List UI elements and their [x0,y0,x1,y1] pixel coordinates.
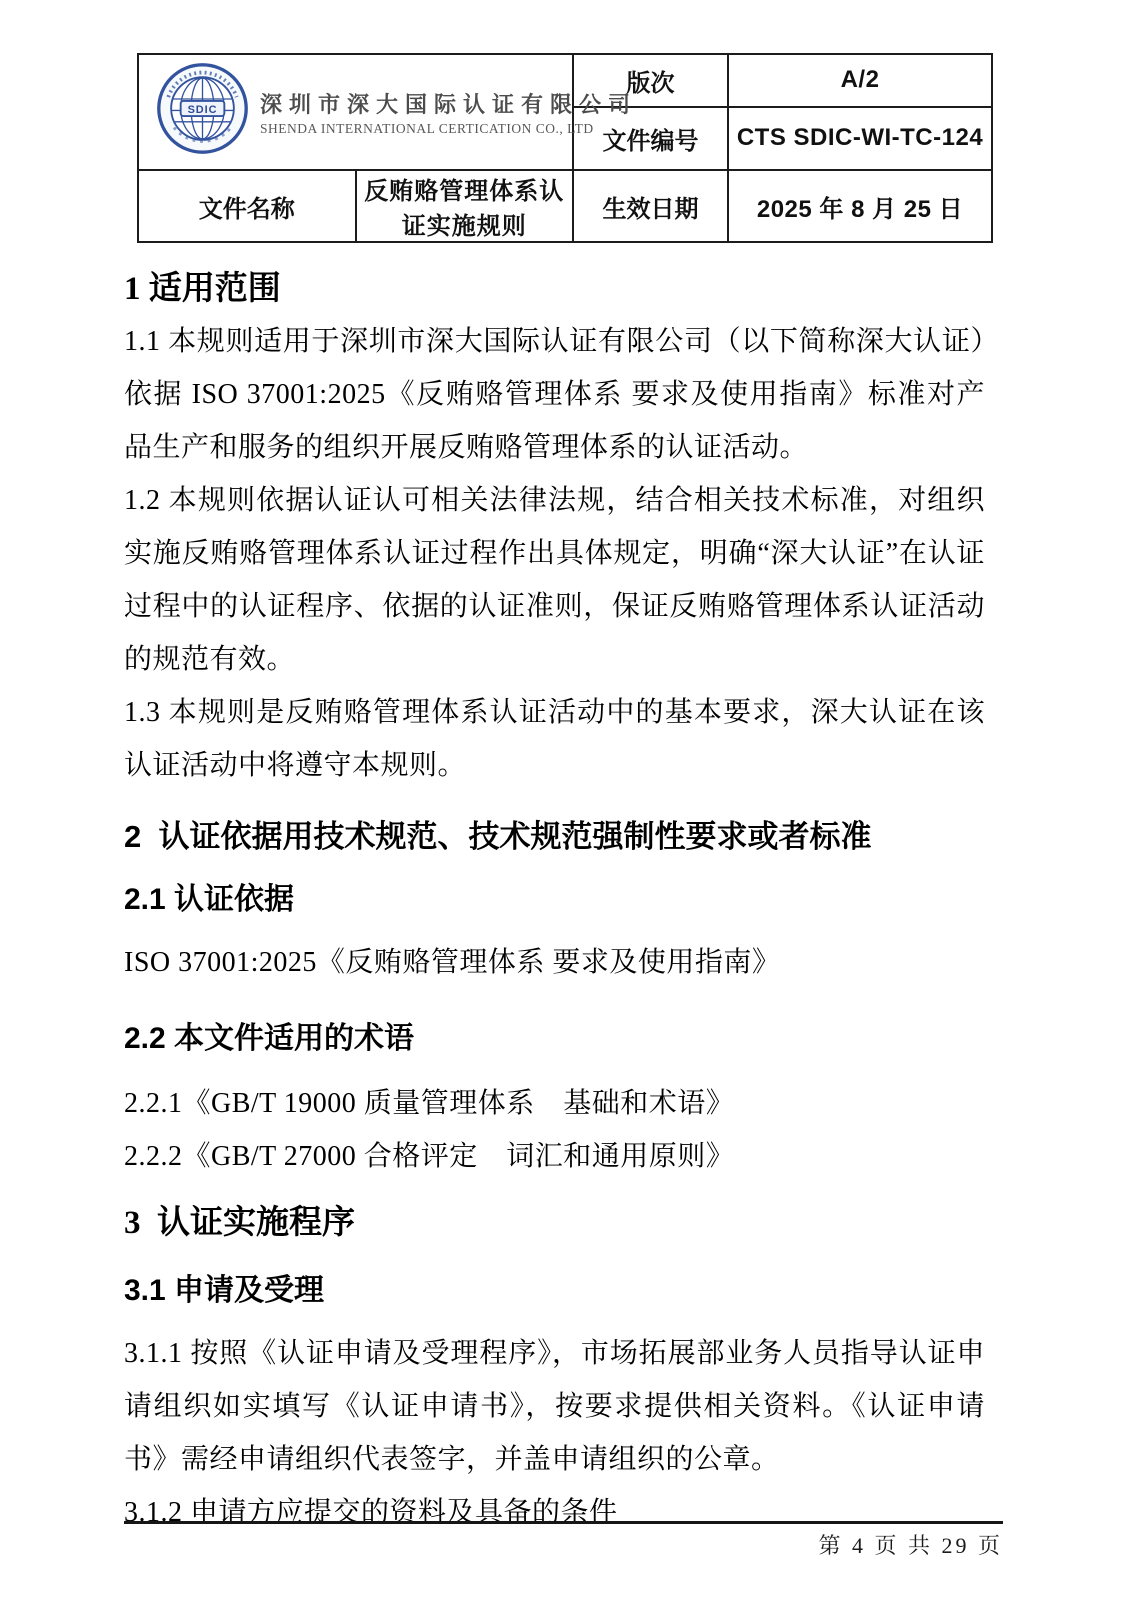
paragraph-1-1: 1.1 本规则适用于深圳市深大国际认证有限公司（以下简称深大认证）依据 ISO … [124,315,985,474]
doc-name-value: 反贿赂管理体系认证实施规则 [356,170,574,242]
document-page: SDIC 深圳市深大国际认证有限公司 SHENDA INTERNATIONAL … [0,0,1131,1600]
sdic-monogram: SDIC [188,104,218,116]
version-value: A/2 [728,54,992,107]
section-2-1-heading: 2.1 认证依据 [124,880,985,920]
doc-number-value: CTS SDIC-WI-TC-124 [728,107,992,170]
section-3-heading: 3 认证实施程序 [124,1203,985,1243]
paragraph-1-3: 1.3 本规则是反贿赂管理体系认证活动中的基本要求，深大认证在该认证活动中将遵守… [124,686,985,792]
sdic-globe-logo-icon: SDIC [155,61,250,163]
effective-date-label: 生效日期 [573,170,728,242]
paragraph-1-2: 1.2 本规则依据认证认可相关法律法规，结合相关技术标准，对组织实施反贿赂管理体… [124,474,985,686]
section-3-1-heading: 3.1 申请及受理 [124,1271,985,1311]
company-name-cn: 深圳市深大国际认证有限公司 [260,88,566,119]
section-2-heading: 2 认证依据用技术规范、技术规范强制性要求或者标准 [124,816,985,858]
company-name-en: SHENDA INTERNATIONAL CERTICATION CO., LT… [260,121,566,137]
section-2-2-heading: 2.2 本文件适用的术语 [124,1019,985,1059]
paragraph-2-1-iso: ISO 37001:2025《反贿赂管理体系 要求及使用指南》 [124,936,985,989]
paragraph-3-1-1: 3.1.1 按照《认证申请及受理程序》，市场拓展部业务人员指导认证申请组织如实填… [124,1327,985,1486]
document-header-table: SDIC 深圳市深大国际认证有限公司 SHENDA INTERNATIONAL … [137,53,993,243]
section-1-heading: 1 适用范围 [124,269,985,309]
logo-cell: SDIC 深圳市深大国际认证有限公司 SHENDA INTERNATIONAL … [138,54,573,170]
document-body: 1 适用范围 1.1 本规则适用于深圳市深大国际认证有限公司（以下简称深大认证）… [124,269,985,1539]
effective-date-value: 2025 年 8 月 25 日 [728,170,992,242]
paragraph-2-2-2: 2.2.2《GB/T 27000 合格评定 词汇和通用原则》 [124,1130,985,1183]
footer-divider [124,1521,1003,1524]
page-footer: 第 4 页 共 29 页 [124,1521,1003,1560]
paragraph-2-2-1: 2.2.1《GB/T 19000 质量管理体系 基础和术语》 [124,1077,985,1130]
doc-name-label: 文件名称 [138,170,356,242]
page-number: 第 4 页 共 29 页 [124,1529,1003,1560]
